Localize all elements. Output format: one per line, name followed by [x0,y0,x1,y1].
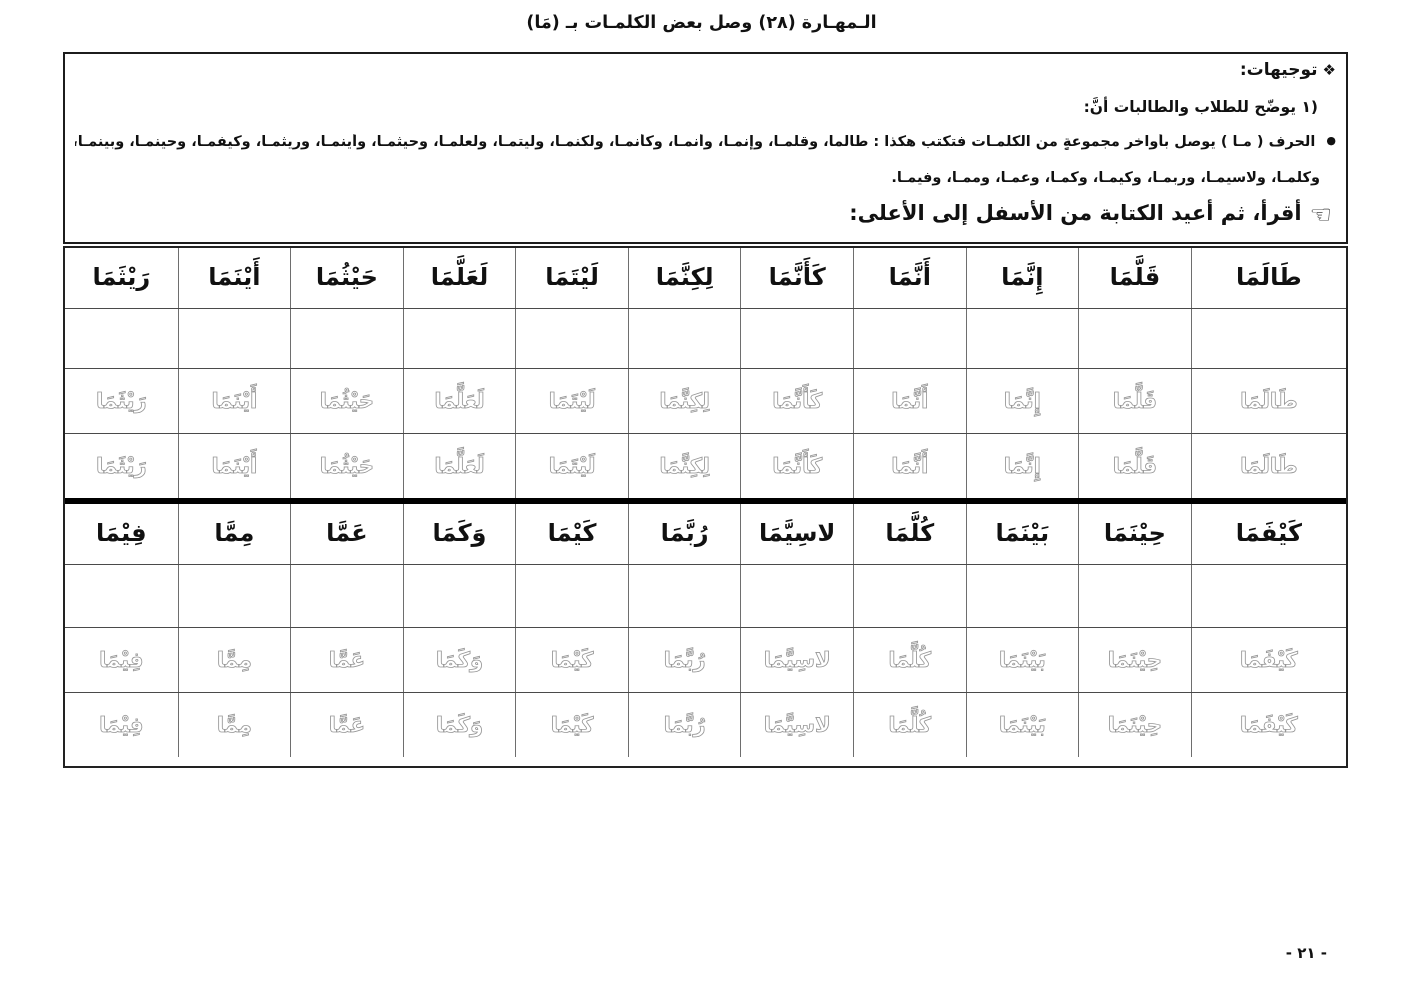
trace-cell: لَعَلَّمَا [403,434,516,498]
instructions-panel: ❖توجيهات: ١) يوضّح للطلاب والطالبات أنَّ… [63,52,1348,244]
trace-cell: أَيْنَمَا [178,434,291,498]
trace-cell: عَمَّا [290,693,403,757]
trace-cell: كَيْفَمَا [1191,693,1346,757]
trace-cell: رَيْثَمَا [65,434,178,498]
trace-cell: كَيْفَمَا [1191,628,1346,692]
trace-cell: وَكَمَا [403,628,516,692]
page-number: - ٢١ - [1286,944,1327,962]
worksheet-page: { "page": { "title": "الـمهـارة (٢٨) وصل… [0,0,1403,992]
trace-cell: بَيْنَمَا [966,693,1079,757]
word-cell: لَيْتَمَا [515,248,628,308]
trace-cell: مِمَّا [178,628,291,692]
word-cell: كَيْفَمَا [1191,504,1346,564]
trace-cell: لَيْتَمَا [515,434,628,498]
trace-cell: رُبَّمَا [628,628,741,692]
word-cell: بَيْنَمَا [966,504,1079,564]
write-cell[interactable] [65,565,178,627]
pointing-hand-icon: ☜ [1310,200,1332,229]
table1-trace-row: طَالَمَاقَلَّمَاإِنَّمَاأَنَّمَاكَأَنَّم… [65,368,1346,433]
table2-trace-row: كَيْفَمَاحِيْنَمَابَيْنَمَاكُلَّمَالاسِي… [65,692,1346,757]
trace-cell: رَيْثَمَا [65,369,178,433]
write-cell[interactable] [853,565,966,627]
trace-cell: أَنَّمَا [853,434,966,498]
write-cell[interactable] [1191,565,1346,627]
write-cell[interactable] [966,309,1079,368]
word-cell: طَالَمَا [1191,248,1346,308]
write-cell[interactable] [740,565,853,627]
trace-cell: حَيْثُمَا [290,369,403,433]
trace-cell: لَيْتَمَا [515,369,628,433]
word-cell: كَأَنَّمَا [740,248,853,308]
trace-cell: بَيْنَمَا [966,628,1079,692]
instruction-bullet-line-2: وكلمـا، ولاسيمـا، وربمـا، وكيمـا، وكمـا،… [891,170,1320,186]
instruction-bullet-line-1: ● الحرف ( مـا ) يوصل بأواخر مجموعةٍ من ا… [75,134,1336,150]
bullet-lead-text: الحرف ( مـا ) يوصل بأواخر [1125,134,1315,150]
table1-empty-row [65,308,1346,368]
word-cell: قَلَّمَا [1078,248,1191,308]
word-cell: كَيْمَا [515,504,628,564]
trace-cell: لَعَلَّمَا [403,369,516,433]
write-cell[interactable] [290,565,403,627]
word-cell: إِنَّمَا [966,248,1079,308]
write-cell[interactable] [740,309,853,368]
word-cell: عَمَّا [290,504,403,564]
word-cell: حَيْثُمَا [290,248,403,308]
table2-empty-row [65,564,1346,627]
table2-word-row: كَيْفَمَاحِيْنَمَابَيْنَمَاكُلَّمَالاسِي… [65,504,1346,564]
trace-cell: قَلَّمَا [1078,434,1191,498]
practice-tables-panel: طَالَمَاقَلَّمَاإِنَّمَاأَنَّمَاكَأَنَّم… [63,246,1348,768]
practice-table-2: كَيْفَمَاحِيْنَمَابَيْنَمَاكُلَّمَالاسِي… [65,504,1346,757]
trace-cell: كُلَّمَا [853,628,966,692]
write-cell[interactable] [515,309,628,368]
trace-cell: إِنَّمَا [966,369,1079,433]
word-cell: لِكِنَّمَا [628,248,741,308]
trace-cell: قَلَّمَا [1078,369,1191,433]
word-cell: كُلَّمَا [853,504,966,564]
task-line: ☜أقرأ، ثم أعيد الكتابة من الأسفل إلى الأ… [849,200,1332,229]
item-text: يوضّح للطلاب والطالبات أنَّ: [1084,98,1296,116]
instructions-heading: ❖توجيهات: [1240,60,1336,80]
trace-cell: لِكِنَّمَا [628,434,741,498]
word-cell: وَكَمَا [403,504,516,564]
write-cell[interactable] [628,309,741,368]
word-cell: أَنَّمَا [853,248,966,308]
instruction-item-1: ١) يوضّح للطلاب والطالبات أنَّ: [1084,98,1318,116]
word-cell: لَعَلَّمَا [403,248,516,308]
practice-table-1: طَالَمَاقَلَّمَاإِنَّمَاأَنَّمَاكَأَنَّم… [65,248,1346,498]
word-cell: لاسِيَّمَا [740,504,853,564]
trace-cell: طَالَمَا [1191,369,1346,433]
trace-cell: طَالَمَا [1191,434,1346,498]
write-cell[interactable] [290,309,403,368]
word-cell: أَيْنَمَا [178,248,291,308]
write-cell[interactable] [65,309,178,368]
trace-cell: مِمَّا [178,693,291,757]
worksheet-title: الـمهـارة (٢٨) وصل بعض الكلمـات بـ (مَا) [0,13,1403,33]
diamond-icon: ❖ [1323,61,1336,79]
write-cell[interactable] [1078,309,1191,368]
word-cell: رَيْثَمَا [65,248,178,308]
trace-cell: وَكَمَا [403,693,516,757]
trace-cell: لاسِيَّمَا [740,693,853,757]
trace-cell: لِكِنَّمَا [628,369,741,433]
word-cell: رُبَّمَا [628,504,741,564]
table1-trace-row: طَالَمَاقَلَّمَاإِنَّمَاأَنَّمَاكَأَنَّم… [65,433,1346,498]
trace-cell: رُبَّمَا [628,693,741,757]
trace-cell: كَيْمَا [515,628,628,692]
write-cell[interactable] [515,565,628,627]
write-cell[interactable] [403,565,516,627]
write-cell[interactable] [1191,309,1346,368]
trace-cell: حَيْثُمَا [290,434,403,498]
bullet-body-text: مجموعةٍ من الكلمـات فتكتب هكذا : طالما، … [75,134,1120,150]
trace-cell: لاسِيَّمَا [740,628,853,692]
write-cell[interactable] [178,309,291,368]
trace-cell: فِيْمَا [65,628,178,692]
bullet-icon: ● [1326,134,1336,147]
trace-cell: كَأَنَّمَا [740,369,853,433]
word-cell: حِيْنَمَا [1078,504,1191,564]
task-text: أقرأ، ثم أعيد الكتابة من الأسفل إلى الأع… [849,201,1301,225]
trace-cell: عَمَّا [290,628,403,692]
write-cell[interactable] [1078,565,1191,627]
trace-cell: حِيْنَمَا [1078,628,1191,692]
write-cell[interactable] [966,565,1079,627]
write-cell[interactable] [178,565,291,627]
trace-cell: كَيْمَا [515,693,628,757]
write-cell[interactable] [628,565,741,627]
trace-cell: حِيْنَمَا [1078,693,1191,757]
trace-cell: كَأَنَّمَا [740,434,853,498]
write-cell[interactable] [853,309,966,368]
trace-cell: أَيْنَمَا [178,369,291,433]
trace-cell: فِيْمَا [65,693,178,757]
trace-cell: كُلَّمَا [853,693,966,757]
word-cell: مِمَّا [178,504,291,564]
table2-trace-row: كَيْفَمَاحِيْنَمَابَيْنَمَاكُلَّمَالاسِي… [65,627,1346,692]
trace-cell: إِنَّمَا [966,434,1079,498]
instructions-heading-label: توجيهات: [1240,60,1318,80]
word-cell: فِيْمَا [65,504,178,564]
item-number: ١) [1301,98,1318,116]
trace-cell: أَنَّمَا [853,369,966,433]
table1-word-row: طَالَمَاقَلَّمَاإِنَّمَاأَنَّمَاكَأَنَّم… [65,248,1346,308]
write-cell[interactable] [403,309,516,368]
